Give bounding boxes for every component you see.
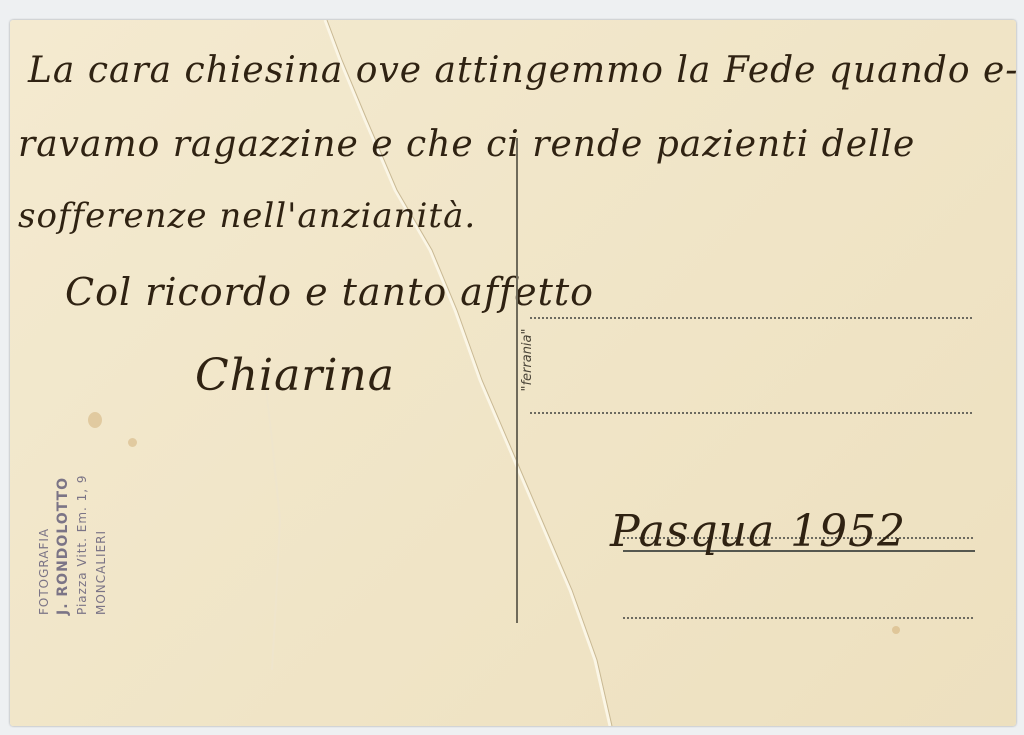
message-line-1: La cara chiesina ove attingemmo la Fede … (28, 50, 1018, 91)
message-line-2: ravamo ragazzine e che ci rende pazienti… (18, 124, 915, 165)
stamp-line-4: MONCALIERI (92, 385, 111, 615)
address-line-4 (623, 617, 973, 619)
postcard-back: La cara chiesina ove attingemmo la Fede … (10, 20, 1016, 726)
address-line-2 (530, 412, 972, 414)
message-line-3: sofferenze nell'anzianità. (18, 196, 476, 236)
ferrania-brand-text: "ferrania" (520, 320, 540, 400)
date-note: Pasqua 1952 (610, 506, 906, 557)
stain (892, 626, 900, 634)
closing-line: Col ricordo e tanto affetto (65, 270, 594, 314)
stamp-line-2: J. RONDOLOTTO (54, 385, 73, 615)
center-divider (516, 138, 518, 623)
signature: Chiarina (195, 350, 395, 401)
stamp-line-3: Piazza Vitt. Em. 1, 9 (73, 385, 92, 615)
address-line-1 (530, 317, 972, 319)
photographer-stamp: FOTOGRAFIA J. RONDOLOTTO Piazza Vitt. Em… (35, 385, 145, 615)
stamp-line-1: FOTOGRAFIA (35, 385, 54, 615)
